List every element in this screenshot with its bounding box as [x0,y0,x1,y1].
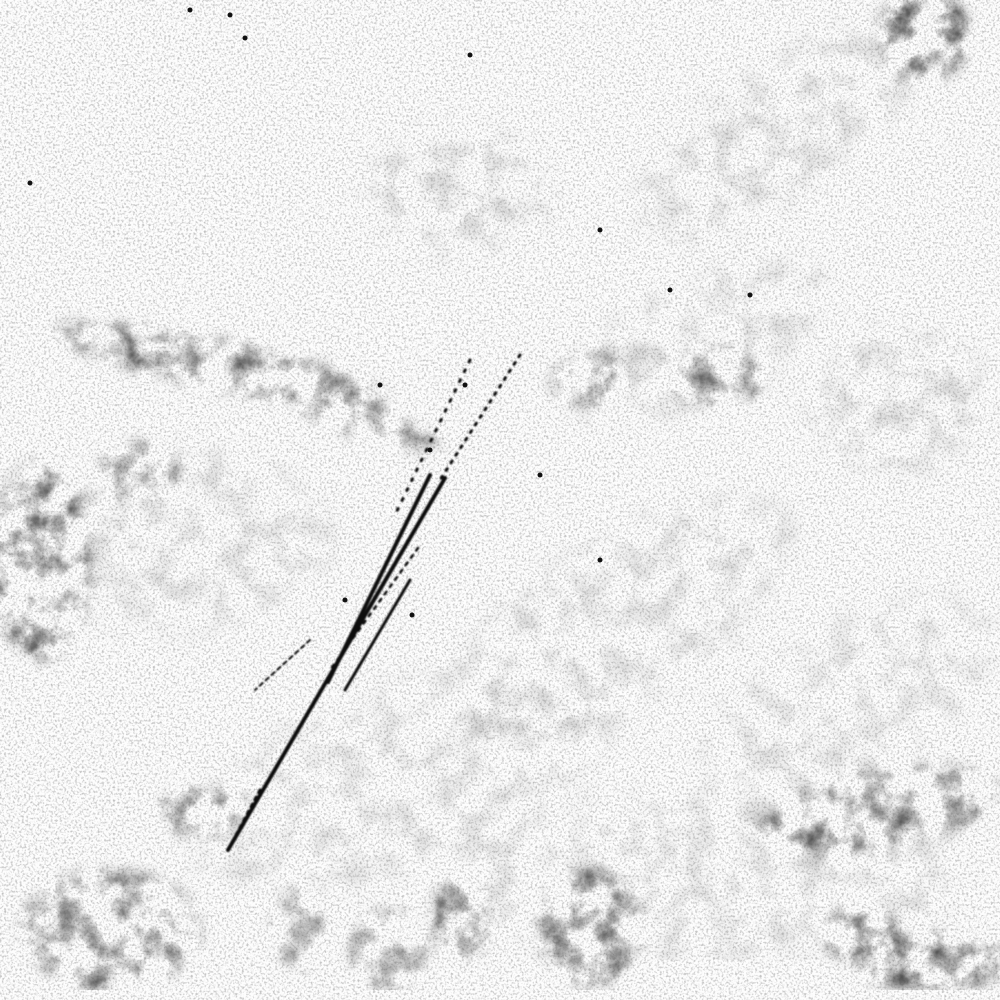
micrograph-texture [0,0,1000,1000]
micrograph-image [0,0,1000,1000]
grain-layer [0,0,1000,1000]
